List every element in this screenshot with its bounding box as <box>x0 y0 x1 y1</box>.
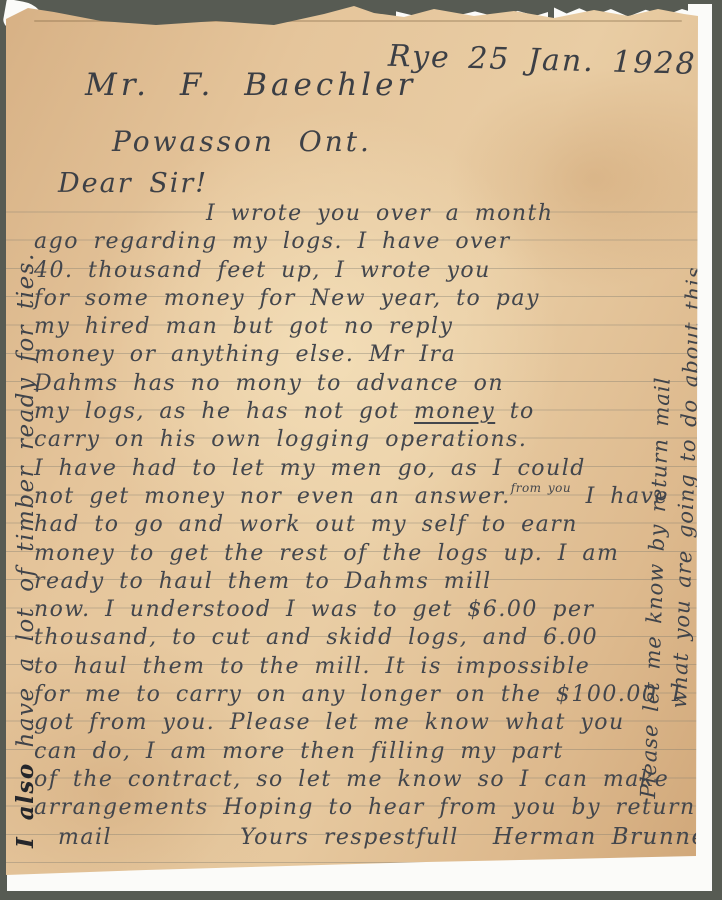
line-text: my logs, as he has not got <box>34 399 414 424</box>
letter-line: had to go and work out my self to earn <box>34 511 682 539</box>
margin-note-rest: have a lot of timber ready for ties. <box>13 252 39 762</box>
signature-row: mail Yours respestfull Herman Brunner <box>34 823 682 851</box>
letter-line: got from you. Please let me know what yo… <box>34 709 682 737</box>
line-text: to <box>495 399 535 424</box>
letter-line: for some money for New year, to pay <box>34 285 682 313</box>
date-line: Rye 25 Jan. 1928. <box>388 39 709 82</box>
letter-line: money to get the rest of the logs up. I … <box>34 540 682 568</box>
letter-line: thousand, to cut and skidd logs, and 6.0… <box>34 624 682 652</box>
scanned-letter-frame: Rye 25 Jan. 1928. Mr. F. Baechler Powass… <box>0 0 722 900</box>
inserted-words: from you <box>511 481 571 495</box>
recipient-place: Powasson Ont. <box>112 125 372 158</box>
fold-crease <box>34 20 682 22</box>
letter-line: to haul them to the mill. It is impossib… <box>34 653 682 681</box>
signoff: Yours respestfull <box>240 824 459 852</box>
recipient-name: Mr. F. Baechler <box>85 67 416 103</box>
letter-line: now. I understood I was to get $6.00 per <box>34 596 682 624</box>
letter-line: 40. thousand feet up, I wrote you <box>34 257 682 285</box>
letter-body: I wrote you over a month ago regarding m… <box>34 200 682 851</box>
letter-line: my logs, as he has not got money to <box>34 398 682 426</box>
letter-line: I have had to let my men go, as I could <box>34 455 682 483</box>
letter-page: Rye 25 Jan. 1928. Mr. F. Baechler Powass… <box>6 3 698 880</box>
salutation: Dear Sir! <box>58 168 208 199</box>
line-text: not get money nor even an answer. <box>34 484 511 509</box>
letter-line: Dahms has no mony to advance on <box>34 370 682 398</box>
letter-line: money or anything else. Mr Ira <box>34 341 682 369</box>
signature: Herman Brunner <box>493 823 719 851</box>
letter-line: I wrote you over a month <box>34 200 682 228</box>
letter-line: of the contract, so let me know so I can… <box>34 766 682 794</box>
letter-line: ready to haul them to Dahms mill <box>34 568 682 596</box>
letter-line: carry on his own logging operations. <box>34 426 682 454</box>
left-margin-note: I also have a lot of timber ready for ti… <box>12 148 39 848</box>
letter-line: arrangements Hoping to hear from you by … <box>34 794 682 822</box>
letter-line: can do, I am more then filling my part <box>34 738 682 766</box>
underlined-word: money <box>414 399 495 424</box>
letter-line: ago regarding my logs. I have over <box>34 228 682 256</box>
letter-line: not get money nor even an answer.from yo… <box>34 483 682 511</box>
margin-note-lead: I also <box>12 762 39 848</box>
closing-word: mail <box>58 824 112 852</box>
letter-line: for me to carry on any longer on the $10… <box>34 681 682 709</box>
letter-line: my hired man but got no reply <box>34 313 682 341</box>
